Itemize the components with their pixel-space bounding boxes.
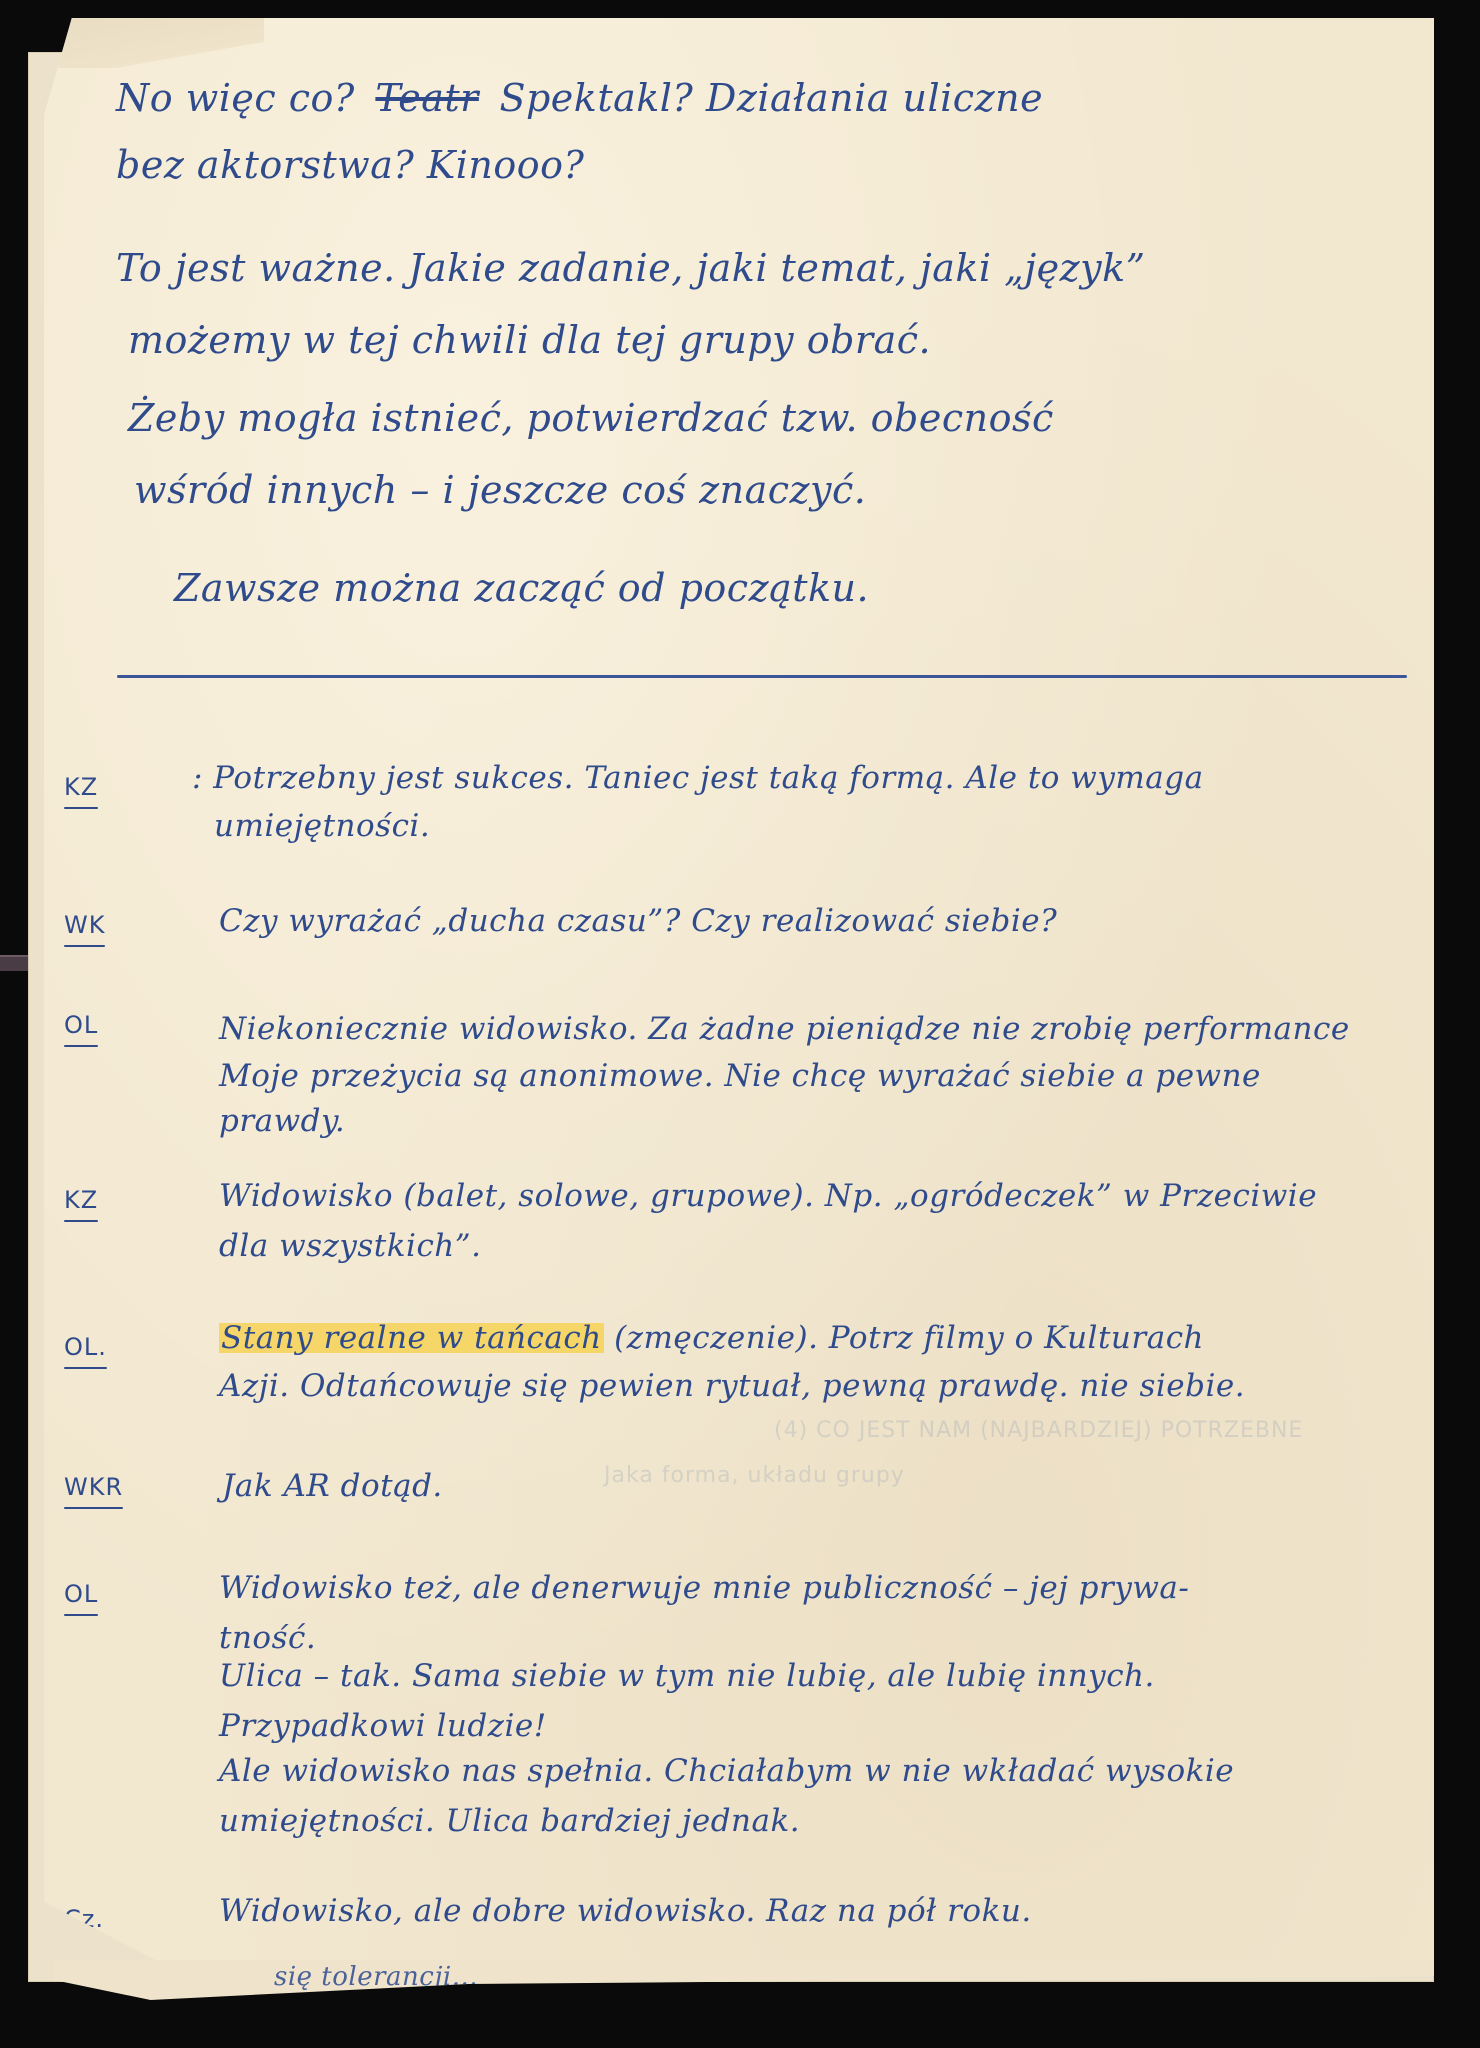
closing-line: Zawsze można zacząć od początku.: [174, 566, 869, 610]
entry-line: Widowisko, ale dobre widowisko. Raz na p…: [219, 1893, 1032, 1929]
speaker-label: OL: [64, 1580, 98, 1608]
intro-line-2: bez aktorstwa? Kinooo?: [116, 143, 584, 187]
entry-line: Czy wyrażać „ducha czasu”? Czy realizowa…: [219, 903, 1057, 939]
speaker-label: KZ: [64, 773, 98, 801]
scan-background: (4) CO JEST NAM (NAJBARDZIEJ) POTRZEBNE …: [0, 0, 1480, 2048]
entry-line: Ulica – tak. Sama siebie w tym nie lubię…: [219, 1658, 1155, 1694]
paragraph-line: możemy w tej chwili dla tej grupy obrać.: [128, 318, 931, 362]
paragraph-line: wśród innych – i jeszcze coś znaczyć.: [134, 468, 866, 512]
show-through-text: Jaka forma, układu grupy: [604, 1463, 905, 1488]
speaker-label: WK: [64, 911, 105, 939]
bottom-fragment-text: się tolerancji...: [274, 1962, 478, 1992]
intro-line-1: No więc co? Teatr Spektakl? Działania ul…: [116, 76, 1043, 120]
entry-line: : Potrzebny jest sukces. Taniec jest tak…: [192, 760, 1204, 796]
speaker-label: WKR: [64, 1473, 123, 1501]
handwritten-page: (4) CO JEST NAM (NAJBARDZIEJ) POTRZEBNE …: [44, 18, 1434, 1960]
entry-line: Niekoniecznie widowisko. Za żadne pienią…: [219, 1011, 1350, 1047]
speaker-label: OL: [64, 1011, 98, 1039]
separator-line: [117, 675, 1407, 678]
entry-line: Stany realne w tańcach (zmęczenie). Potr…: [219, 1320, 1204, 1356]
entry-line: prawdy.: [219, 1103, 345, 1139]
intro-line-1-prefix: No więc co?: [116, 76, 355, 120]
entry-line: Azji. Odtańcowuje się pewien rytuał, pew…: [219, 1368, 1245, 1404]
speaker-label: OL.: [64, 1333, 107, 1361]
folded-corner: [44, 18, 264, 68]
entry-line-rest: (zmęczenie). Potrz filmy o Kulturach: [614, 1320, 1204, 1356]
paragraph-line: To jest ważne. Jakie zadanie, jaki temat…: [116, 246, 1146, 290]
entry-line: Przypadkowi ludzie!: [219, 1708, 547, 1744]
entry-line: tność.: [219, 1620, 316, 1656]
struck-word: Teatr: [375, 76, 478, 120]
entry-line: Widowisko też, ale denerwuje mnie public…: [219, 1570, 1189, 1606]
entry-line: Moje przeżycia są anonimowe. Nie chcę wy…: [219, 1058, 1261, 1094]
entry-line: Ale widowisko nas spełnia. Chciałabym w …: [219, 1753, 1234, 1789]
speaker-label: KZ: [64, 1186, 98, 1214]
entry-line: Widowisko (balet, solowe, grupowe). Np. …: [219, 1178, 1317, 1214]
entry-line: dla wszystkich”.: [219, 1228, 481, 1264]
entry-line: umiejętności. Ulica bardziej jednak.: [219, 1803, 800, 1839]
highlighted-text: Stany realne w tańcach: [219, 1320, 604, 1356]
show-through-text: (4) CO JEST NAM (NAJBARDZIEJ) POTRZEBNE: [774, 1418, 1303, 1443]
entry-line: umiejętności.: [214, 808, 430, 844]
intro-line-1-suffix: Spektakl? Działania uliczne: [499, 76, 1043, 120]
paragraph-line: Żeby mogła istnieć, potwierdzać tzw. obe…: [128, 396, 1054, 440]
entry-line: Jak AR dotąd.: [222, 1468, 443, 1504]
